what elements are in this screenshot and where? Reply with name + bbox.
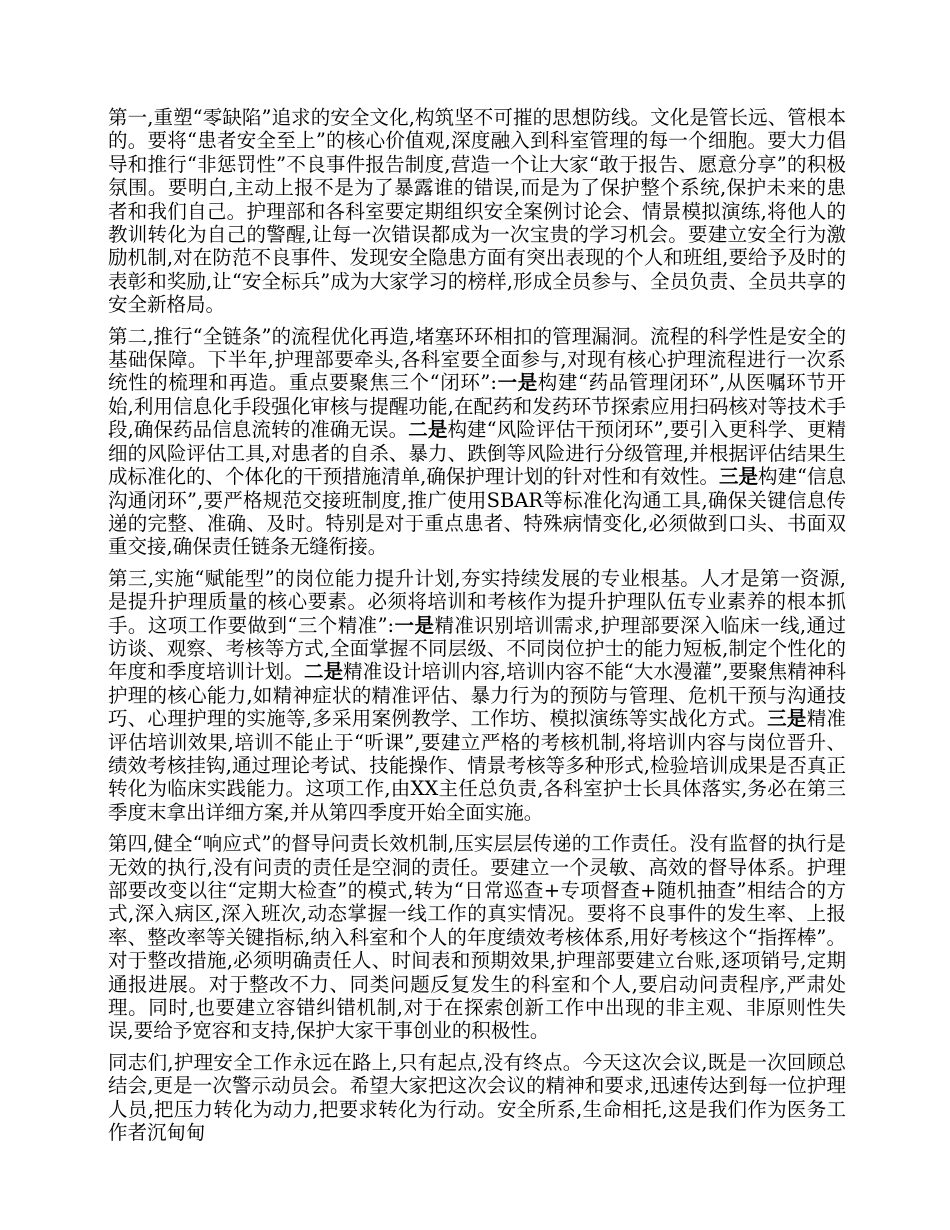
paragraph: 第一,重塑“零缺陷”追求的安全文化,构筑坚不可摧的思想防线。文化是管长远、管根本… bbox=[108, 106, 846, 317]
bold-text-run: 三是 bbox=[767, 707, 807, 730]
bold-text-run: 一是 bbox=[394, 614, 434, 637]
paragraph: 同志们,护理安全工作永远在路上,只有起点,没有终点。今天这次会议,既是一次回顾总… bbox=[108, 1051, 846, 1145]
paragraph: 第三,实施“赋能型”的岗位能力提升计划,夯实持续发展的专业根基。人才是第一资源,… bbox=[108, 567, 846, 824]
bold-text-run: 一是 bbox=[497, 371, 538, 394]
text-run: 同志们,护理安全工作永远在路上,只有起点,没有终点。今天这次会议,既是一次回顾总… bbox=[108, 1051, 846, 1144]
document-body: 第一,重塑“零缺陷”追求的安全文化,构筑坚不可摧的思想防线。文化是管长远、管根本… bbox=[108, 106, 846, 1144]
text-run: 第一,重塑“零缺陷”追求的安全文化,构筑坚不可摧的思想防线。文化是管长远、管根本… bbox=[108, 106, 846, 316]
bold-text-run: 三是 bbox=[719, 465, 758, 488]
paragraph: 第二,推行“全链条”的流程优化再造,堵塞环环相扣的管理漏洞。流程的科学性是安全的… bbox=[108, 325, 846, 559]
paragraph: 第四,健全“响应式”的督导问责长效机制,压实层层传递的工作责任。没有监督的执行是… bbox=[108, 832, 846, 1043]
bold-text-run: 二是 bbox=[408, 418, 447, 441]
bold-text-run: 二是 bbox=[304, 660, 343, 683]
text-run: 第四,健全“响应式”的督导问责长效机制,压实层层传递的工作责任。没有监督的执行是… bbox=[108, 832, 846, 1042]
